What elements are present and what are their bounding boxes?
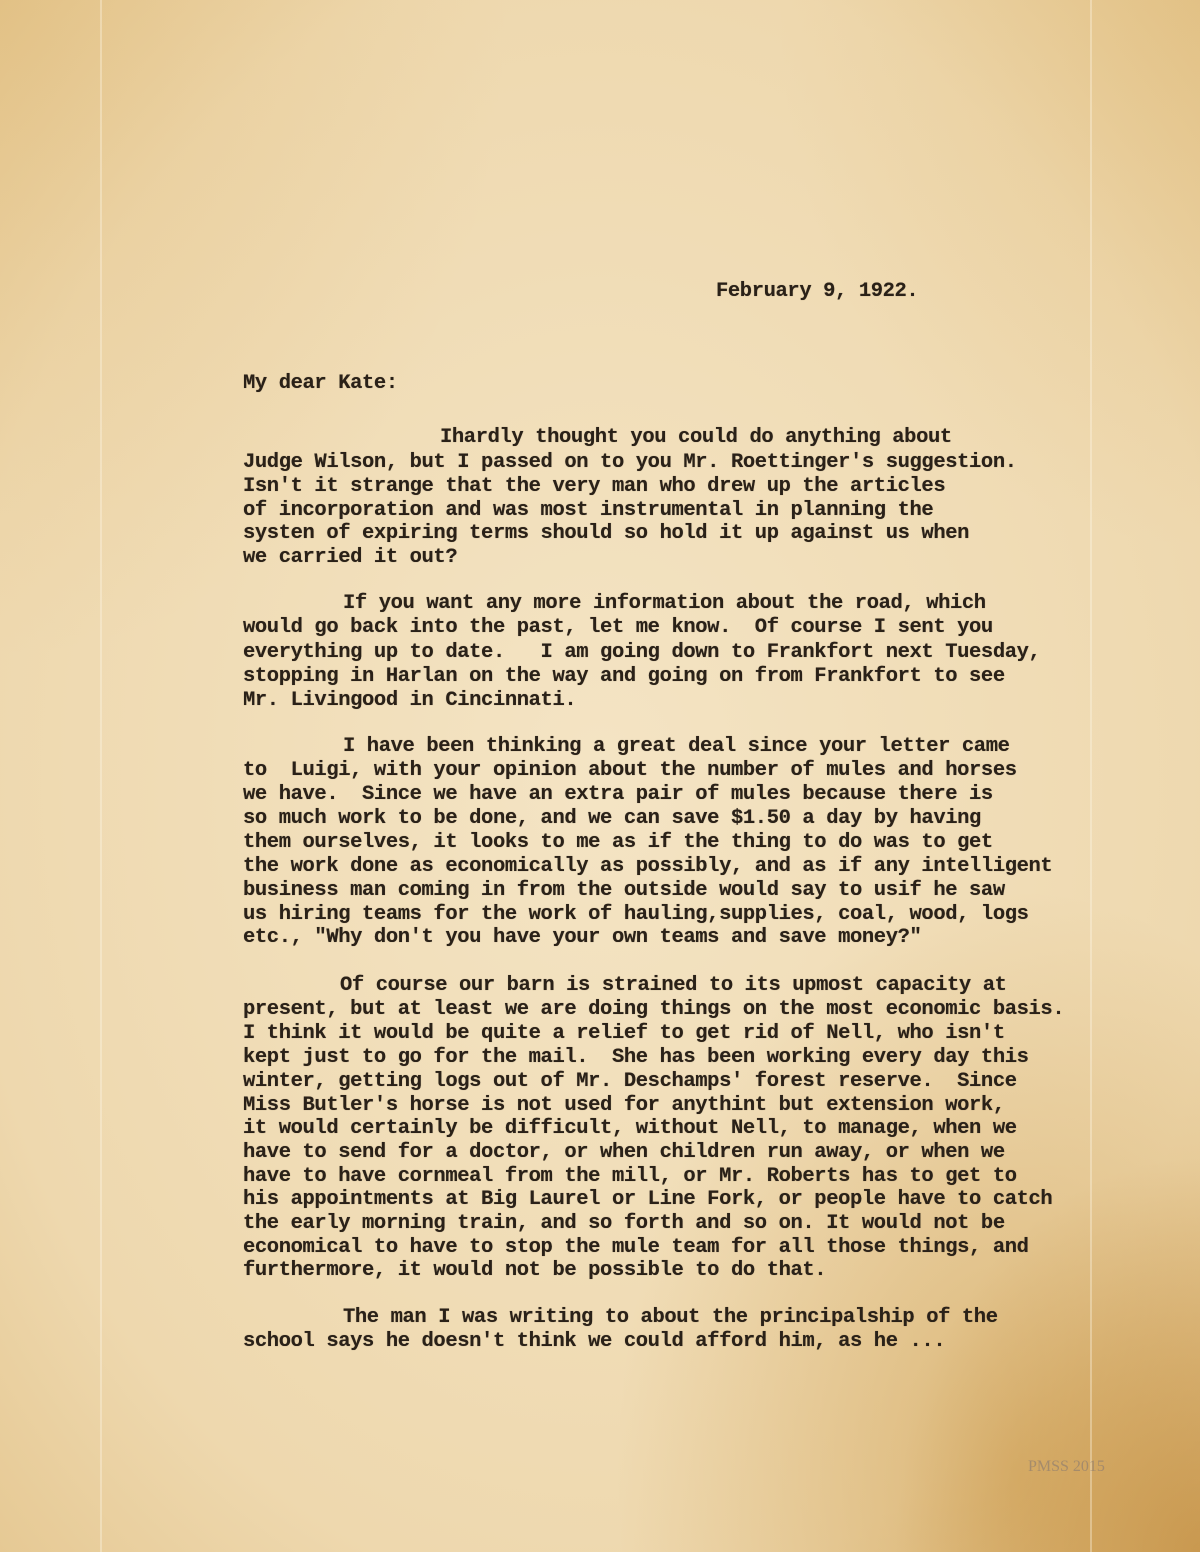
paragraph-line: them ourselves, it looks to me as if the… bbox=[243, 831, 993, 854]
paragraph-line: the work done as economically as possibl… bbox=[243, 855, 1052, 878]
paragraph-line: the early morning train, and so forth an… bbox=[243, 1212, 1005, 1235]
paragraph-line: winter, getting logs out of Mr. Deschamp… bbox=[243, 1070, 1017, 1093]
letter-salutation: My dear Kate: bbox=[243, 372, 398, 395]
paragraph-line: I think it would be quite a relief to ge… bbox=[243, 1022, 1005, 1045]
paragraph-line: have to send for a doctor, or when child… bbox=[243, 1141, 1005, 1164]
paragraph-line: present, but at least we are doing thing… bbox=[243, 998, 1064, 1021]
paragraph-line: it would certainly be difficult, without… bbox=[243, 1117, 1017, 1140]
paragraph-line: to Luigi, with your opinion about the nu… bbox=[243, 759, 1017, 782]
paragraph-line: furthermore, it would not be possible to… bbox=[243, 1259, 826, 1282]
letter-paper: February 9, 1922. My dear Kate: Ihardly … bbox=[0, 0, 1200, 1552]
paragraph-line: his appointments at Big Laurel or Line F… bbox=[243, 1188, 1052, 1211]
paragraph-line: have to have cornmeal from the mill, or … bbox=[243, 1165, 1017, 1188]
paragraph-line: I have been thinking a great deal since … bbox=[343, 735, 1010, 758]
paragraph-line: kept just to go for the mail. She has be… bbox=[243, 1046, 1029, 1069]
paragraph-line: Judge Wilson, but I passed on to you Mr.… bbox=[243, 451, 1017, 474]
paragraph-line: Ihardly thought you could do anything ab… bbox=[440, 426, 952, 449]
paragraph-line: systen of expiring terms should so hold … bbox=[243, 522, 969, 545]
paragraph-line: business man coming in from the outside … bbox=[243, 879, 1005, 902]
paragraph-line: Isn't it strange that the very man who d… bbox=[243, 475, 945, 498]
paper-fold-line bbox=[100, 0, 102, 1552]
paragraph-line: we have. Since we have an extra pair of … bbox=[243, 783, 993, 806]
paragraph-line: we carried it out? bbox=[243, 546, 457, 569]
paragraph-line: school says he doesn't think we could af… bbox=[243, 1330, 945, 1353]
paragraph-line: so much work to be done, and we can save… bbox=[243, 807, 981, 830]
paragraph-line: Mr. Livingood in Cincinnati. bbox=[243, 689, 576, 712]
paragraph-line: etc., "Why don't you have your own teams… bbox=[243, 926, 921, 949]
paragraph-line: The man I was writing to about the princ… bbox=[343, 1306, 998, 1329]
paragraph-line: Miss Butler's horse is not used for anyt… bbox=[243, 1094, 1005, 1117]
paragraph-line: If you want any more information about t… bbox=[343, 592, 986, 615]
paragraph-line: everything up to date. I am going down t… bbox=[243, 641, 1040, 664]
letter-date: February 9, 1922. bbox=[716, 280, 918, 303]
paragraph-line: us hiring teams for the work of hauling,… bbox=[243, 903, 1029, 926]
archive-watermark: PMSS 2015 bbox=[1028, 1458, 1105, 1476]
paper-fold-line bbox=[1090, 0, 1092, 1552]
paragraph-line: would go back into the past, let me know… bbox=[243, 616, 993, 639]
paragraph-line: of incorporation and was most instrument… bbox=[243, 499, 933, 522]
paragraph-line: Of course our barn is strained to its up… bbox=[340, 974, 1007, 997]
paragraph-line: economical to have to stop the mule team… bbox=[243, 1236, 1029, 1259]
paragraph-line: stopping in Harlan on the way and going … bbox=[243, 665, 1005, 688]
